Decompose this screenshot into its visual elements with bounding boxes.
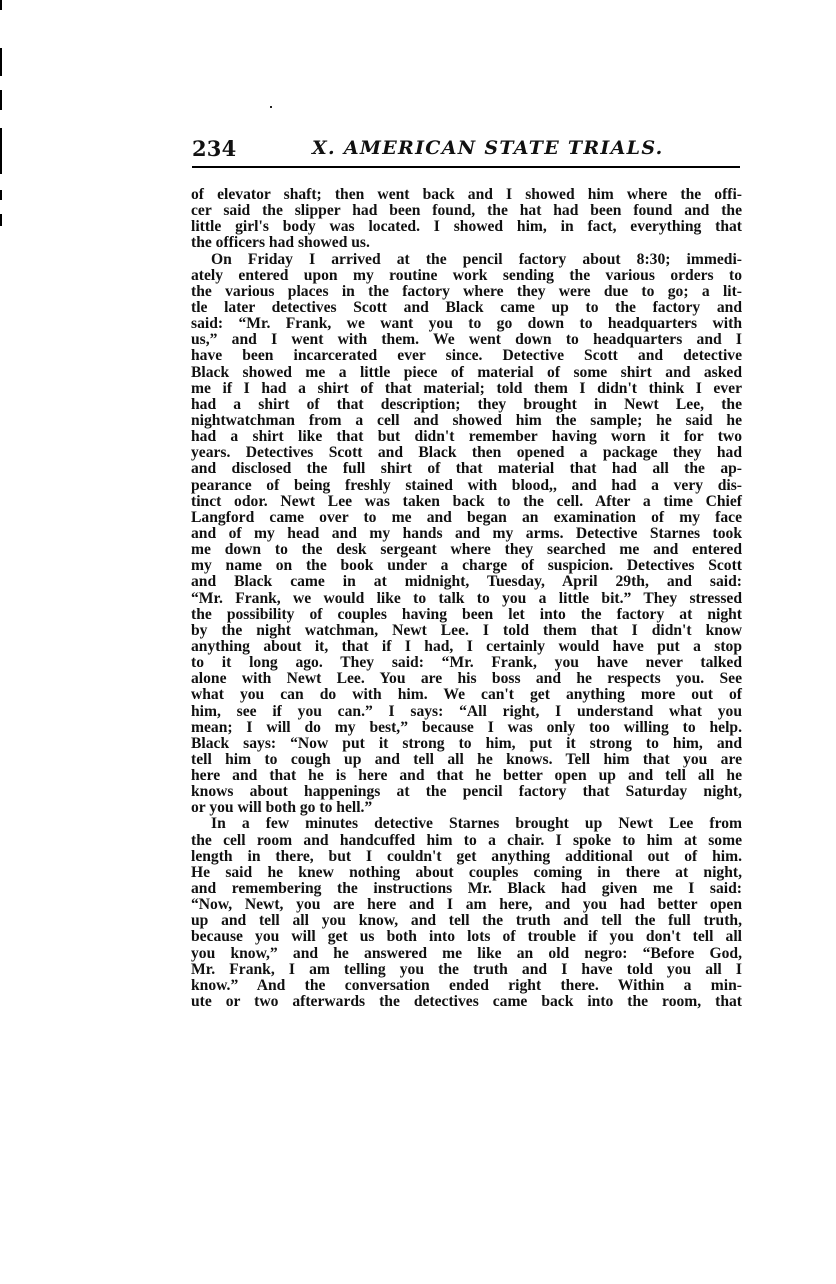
text-line: Langford came over to me and began an ex… [191, 510, 742, 526]
text-line: what you can do with him. We can't get a… [191, 687, 742, 703]
text-line: In a few minutes detective Starnes broug… [191, 816, 742, 832]
body-text: of elevator shaft; then went back and I … [191, 187, 742, 1010]
text-line: us,” and I went with them. We went down … [191, 332, 742, 348]
text-line: the officers had showed us. [191, 235, 742, 251]
text-line: cer said the slipper had been found, the… [191, 203, 742, 219]
text-line: me if I had a shirt of that material; to… [191, 381, 742, 397]
text-line: have been incarcerated ever since. Detec… [191, 348, 742, 364]
text-line: tinct odor. Newt Lee was taken back to t… [191, 494, 742, 510]
text-line: or you will both go to hell.” [191, 800, 742, 816]
text-line: of elevator shaft; then went back and I … [191, 187, 742, 203]
text-line: and remembering the instructions Mr. Bla… [191, 881, 742, 897]
text-line: “Mr. Frank, we would like to talk to you… [191, 591, 742, 607]
text-line: my name on the book under a charge of su… [191, 558, 742, 574]
text-line: anything about it, that if I had, I cert… [191, 639, 742, 655]
scan-edge-mark [0, 0, 2, 10]
paragraph: of elevator shaft; then went back and I … [191, 187, 742, 252]
paragraph: In a few minutes detective Starnes broug… [191, 816, 742, 1010]
text-line: years. Detectives Scott and Black then o… [191, 445, 742, 461]
text-line: and of my head and my hands and my arms.… [191, 526, 742, 542]
text-line: nightwatchman from a cell and showed him… [191, 413, 742, 429]
text-line: little girl's body was located. I showed… [191, 219, 742, 235]
text-line: the cell room and handcuffed him to a ch… [191, 833, 742, 849]
text-line: He said he knew nothing about couples co… [191, 865, 742, 881]
running-title: X. AMERICAN STATE TRIALS. [312, 137, 664, 159]
text-line: Black showed me a little piece of materi… [191, 365, 742, 381]
text-line: the possibility of couples having been l… [191, 607, 742, 623]
text-line: had a shirt of that description; they br… [191, 397, 742, 413]
text-line: length in there, but I couldn't get anyt… [191, 849, 742, 865]
text-line: On Friday I arrived at the pencil factor… [191, 252, 742, 268]
text-line: here and that he is here and that he bet… [191, 768, 742, 784]
text-line: pearance of being freshly stained with b… [191, 478, 742, 494]
scan-edge-mark [0, 64, 2, 76]
text-line: ately entered upon my routine work sendi… [191, 268, 742, 284]
header-rule [192, 166, 740, 168]
text-line: because you will get us both into lots o… [191, 929, 742, 945]
paragraph: On Friday I arrived at the pencil factor… [191, 252, 742, 817]
text-line: ute or two afterwards the detectives cam… [191, 994, 742, 1010]
text-line: and Black came in at midnight, Tuesday, … [191, 574, 742, 590]
text-line: alone with Newt Lee. You are his boss an… [191, 671, 742, 687]
text-line: had a shirt like that but didn't remembe… [191, 429, 742, 445]
scan-edge-mark [0, 190, 2, 200]
scan-edge-mark [0, 90, 2, 110]
text-line: to it long ago. They said: “Mr. Frank, y… [191, 655, 742, 671]
text-line: Black says: “Now put it strong to him, p… [191, 736, 742, 752]
scan-edge-mark [0, 128, 2, 174]
text-line: you know,” and he answered me like an ol… [191, 946, 742, 962]
text-line: tell him to cough up and tell all he kno… [191, 752, 742, 768]
page-number: 234 [192, 136, 236, 161]
text-line: and disclosed the full shirt of that mat… [191, 461, 742, 477]
text-line: the various places in the factory where … [191, 284, 742, 300]
text-line: “Now, Newt, you are here and I am here, … [191, 897, 742, 913]
text-line: mean; I will do my best,” because I was … [191, 720, 742, 736]
page-header: 234 X. AMERICAN STATE TRIALS. [192, 132, 740, 162]
text-line: up and tell all you know, and tell the t… [191, 913, 742, 929]
scan-speck [270, 106, 272, 108]
text-line: him, see if you can.” I says: “All right… [191, 704, 742, 720]
text-line: by the night watchman, Newt Lee. I told … [191, 623, 742, 639]
text-line: tle later detectives Scott and Black cam… [191, 300, 742, 316]
scan-edge-mark [0, 214, 2, 226]
scan-edge-mark [0, 48, 2, 64]
text-line: Mr. Frank, I am telling you the truth an… [191, 962, 742, 978]
text-line: me down to the desk sergeant where they … [191, 542, 742, 558]
text-line: knows about happenings at the pencil fac… [191, 784, 742, 800]
text-line: said: “Mr. Frank, we want you to go down… [191, 316, 742, 332]
text-line: know.” And the conversation ended right … [191, 978, 742, 994]
